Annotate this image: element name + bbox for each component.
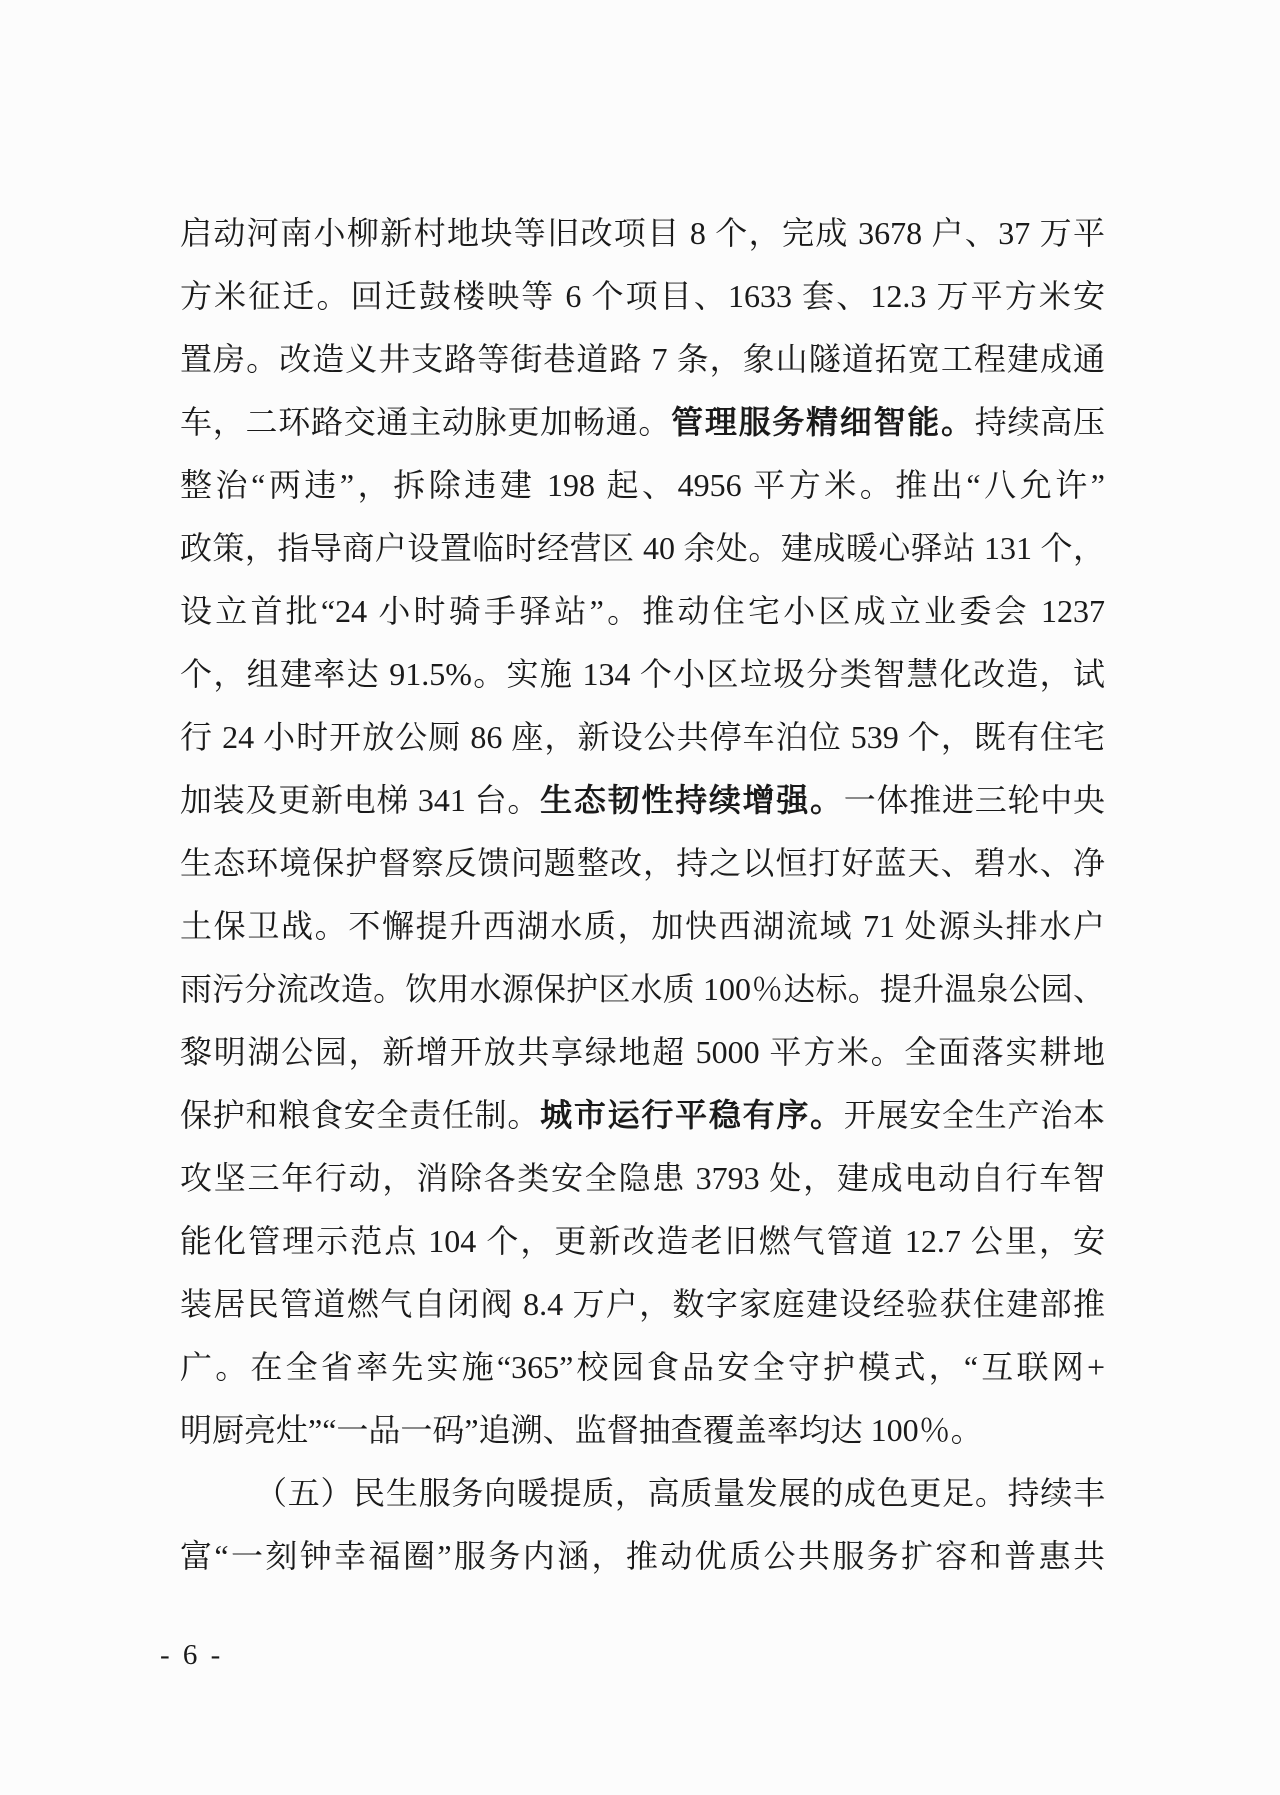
text-run: 启动河南小柳新村地块等旧改项目 8 个，完成 3678 户、37 万平 bbox=[180, 215, 1105, 251]
text-run: 车，二环路交通主动脉更加畅通。 bbox=[180, 404, 671, 440]
text-line: 置房。改造义井支路等街巷道路 7 条，象山隧道拓宽工程建成通 bbox=[180, 328, 1105, 391]
text-run: 一体推进三轮中央 bbox=[844, 782, 1105, 818]
text-line: 方米征迁。回迁鼓楼映等 6 个项目、1633 套、12.3 万平方米安 bbox=[180, 265, 1105, 328]
text-run: 装居民管道燃气自闭阀 8.4 万户，数字家庭建设经验获住建部推 bbox=[180, 1286, 1105, 1322]
text-run: 方米征迁。回迁鼓楼映等 6 个项目、1633 套、12.3 万平方米安 bbox=[180, 278, 1105, 314]
text-line: 行 24 小时开放公厕 86 座，新设公共停车泊位 539 个，既有住宅 bbox=[180, 706, 1105, 769]
text-line: 能化管理示范点 104 个，更新改造老旧燃气管道 12.7 公里，安 bbox=[180, 1210, 1105, 1273]
text-line: 整治“两违”，拆除违建 198 起、4956 平方米。推出“八允许” bbox=[180, 454, 1105, 517]
text-line: 黎明湖公园，新增开放共享绿地超 5000 平方米。全面落实耕地 bbox=[180, 1021, 1105, 1084]
text-run: 土保卫战。不懈提升西湖水质，加快西湖流域 71 处源头排水户 bbox=[180, 908, 1105, 944]
text-run: 保护和粮食安全责任制。 bbox=[180, 1097, 540, 1133]
text-line: 保护和粮食安全责任制。城市运行平稳有序。开展安全生产治本 bbox=[180, 1084, 1105, 1147]
text-run: 加装及更新电梯 341 台。 bbox=[180, 782, 540, 818]
bold-emphasis-run: 管理服务精细智能。 bbox=[671, 404, 975, 440]
text-line: 设立首批“24 小时骑手驿站”。推动住宅小区成立业委会 1237 bbox=[180, 580, 1105, 643]
text-line: 广。在全省率先实施“365”校园食品安全守护模式，“互联网+ bbox=[180, 1336, 1105, 1399]
text-run: 攻坚三年行动，消除各类安全隐患 3793 处，建成电动自行车智 bbox=[180, 1160, 1105, 1196]
text-run: 置房。改造义井支路等街巷道路 7 条，象山隧道拓宽工程建成通 bbox=[180, 341, 1105, 377]
text-run: 整治“两违”，拆除违建 198 起、4956 平方米。推出“八允许” bbox=[180, 467, 1105, 503]
text-line: 明厨亮灶”“一品一码”追溯、监督抽查覆盖率均达 100％。 bbox=[180, 1399, 1105, 1462]
text-line: 土保卫战。不懈提升西湖水质，加快西湖流域 71 处源头排水户 bbox=[180, 895, 1105, 958]
text-run: 行 24 小时开放公厕 86 座，新设公共停车泊位 539 个，既有住宅 bbox=[180, 719, 1105, 755]
text-line: 启动河南小柳新村地块等旧改项目 8 个，完成 3678 户、37 万平 bbox=[180, 202, 1105, 265]
bold-emphasis-run: 生态韧性持续增强。 bbox=[540, 782, 844, 818]
text-run: 设立首批“24 小时骑手驿站”。推动住宅小区成立业委会 1237 bbox=[180, 593, 1105, 629]
page-number: - 6 - bbox=[160, 1641, 223, 1670]
text-line: 车，二环路交通主动脉更加畅通。管理服务精细智能。持续高压 bbox=[180, 391, 1105, 454]
body-text-block: 启动河南小柳新村地块等旧改项目 8 个，完成 3678 户、37 万平方米征迁。… bbox=[180, 202, 1105, 1588]
text-line: 加装及更新电梯 341 台。生态韧性持续增强。一体推进三轮中央 bbox=[180, 769, 1105, 832]
text-run: （五）民生服务向暖提质，高质量发展的成色更足。持续丰 bbox=[255, 1475, 1105, 1511]
text-line: 个，组建率达 91.5%。实施 134 个小区垃圾分类智慧化改造，试 bbox=[180, 643, 1105, 706]
document-page: 启动河南小柳新村地块等旧改项目 8 个，完成 3678 户、37 万平方米征迁。… bbox=[0, 0, 1280, 1795]
text-line: 攻坚三年行动，消除各类安全隐患 3793 处，建成电动自行车智 bbox=[180, 1147, 1105, 1210]
text-run: 生态环境保护督察反馈问题整改，持之以恒打好蓝天、碧水、净 bbox=[180, 845, 1105, 881]
text-line: 富“一刻钟幸福圈”服务内涵，推动优质公共服务扩容和普惠共 bbox=[180, 1525, 1105, 1588]
text-line: 政策，指导商户设置临时经营区 40 余处。建成暖心驿站 131 个， bbox=[180, 517, 1105, 580]
text-line: 雨污分流改造。饮用水源保护区水质 100％达标。提升温泉公园、 bbox=[180, 958, 1105, 1021]
text-line: 装居民管道燃气自闭阀 8.4 万户，数字家庭建设经验获住建部推 bbox=[180, 1273, 1105, 1336]
text-run: 能化管理示范点 104 个，更新改造老旧燃气管道 12.7 公里，安 bbox=[180, 1223, 1105, 1259]
text-line: 生态环境保护督察反馈问题整改，持之以恒打好蓝天、碧水、净 bbox=[180, 832, 1105, 895]
text-line: （五）民生服务向暖提质，高质量发展的成色更足。持续丰 bbox=[180, 1462, 1105, 1525]
text-run: 开展安全生产治本 bbox=[844, 1097, 1105, 1133]
text-run: 个，组建率达 91.5%。实施 134 个小区垃圾分类智慧化改造，试 bbox=[180, 656, 1105, 692]
text-run: 广。在全省率先实施“365”校园食品安全守护模式，“互联网+ bbox=[180, 1349, 1105, 1385]
text-run: 明厨亮灶”“一品一码”追溯、监督抽查覆盖率均达 100％。 bbox=[180, 1412, 983, 1448]
bold-emphasis-run: 城市运行平稳有序。 bbox=[540, 1097, 844, 1133]
text-run: 雨污分流改造。饮用水源保护区水质 100％达标。提升温泉公园、 bbox=[180, 971, 1105, 1007]
text-run: 黎明湖公园，新增开放共享绿地超 5000 平方米。全面落实耕地 bbox=[180, 1034, 1105, 1070]
text-run: 政策，指导商户设置临时经营区 40 余处。建成暖心驿站 131 个， bbox=[180, 530, 1105, 566]
text-run: 持续高压 bbox=[975, 404, 1105, 440]
text-run: 富“一刻钟幸福圈”服务内涵，推动优质公共服务扩容和普惠共 bbox=[180, 1538, 1105, 1574]
